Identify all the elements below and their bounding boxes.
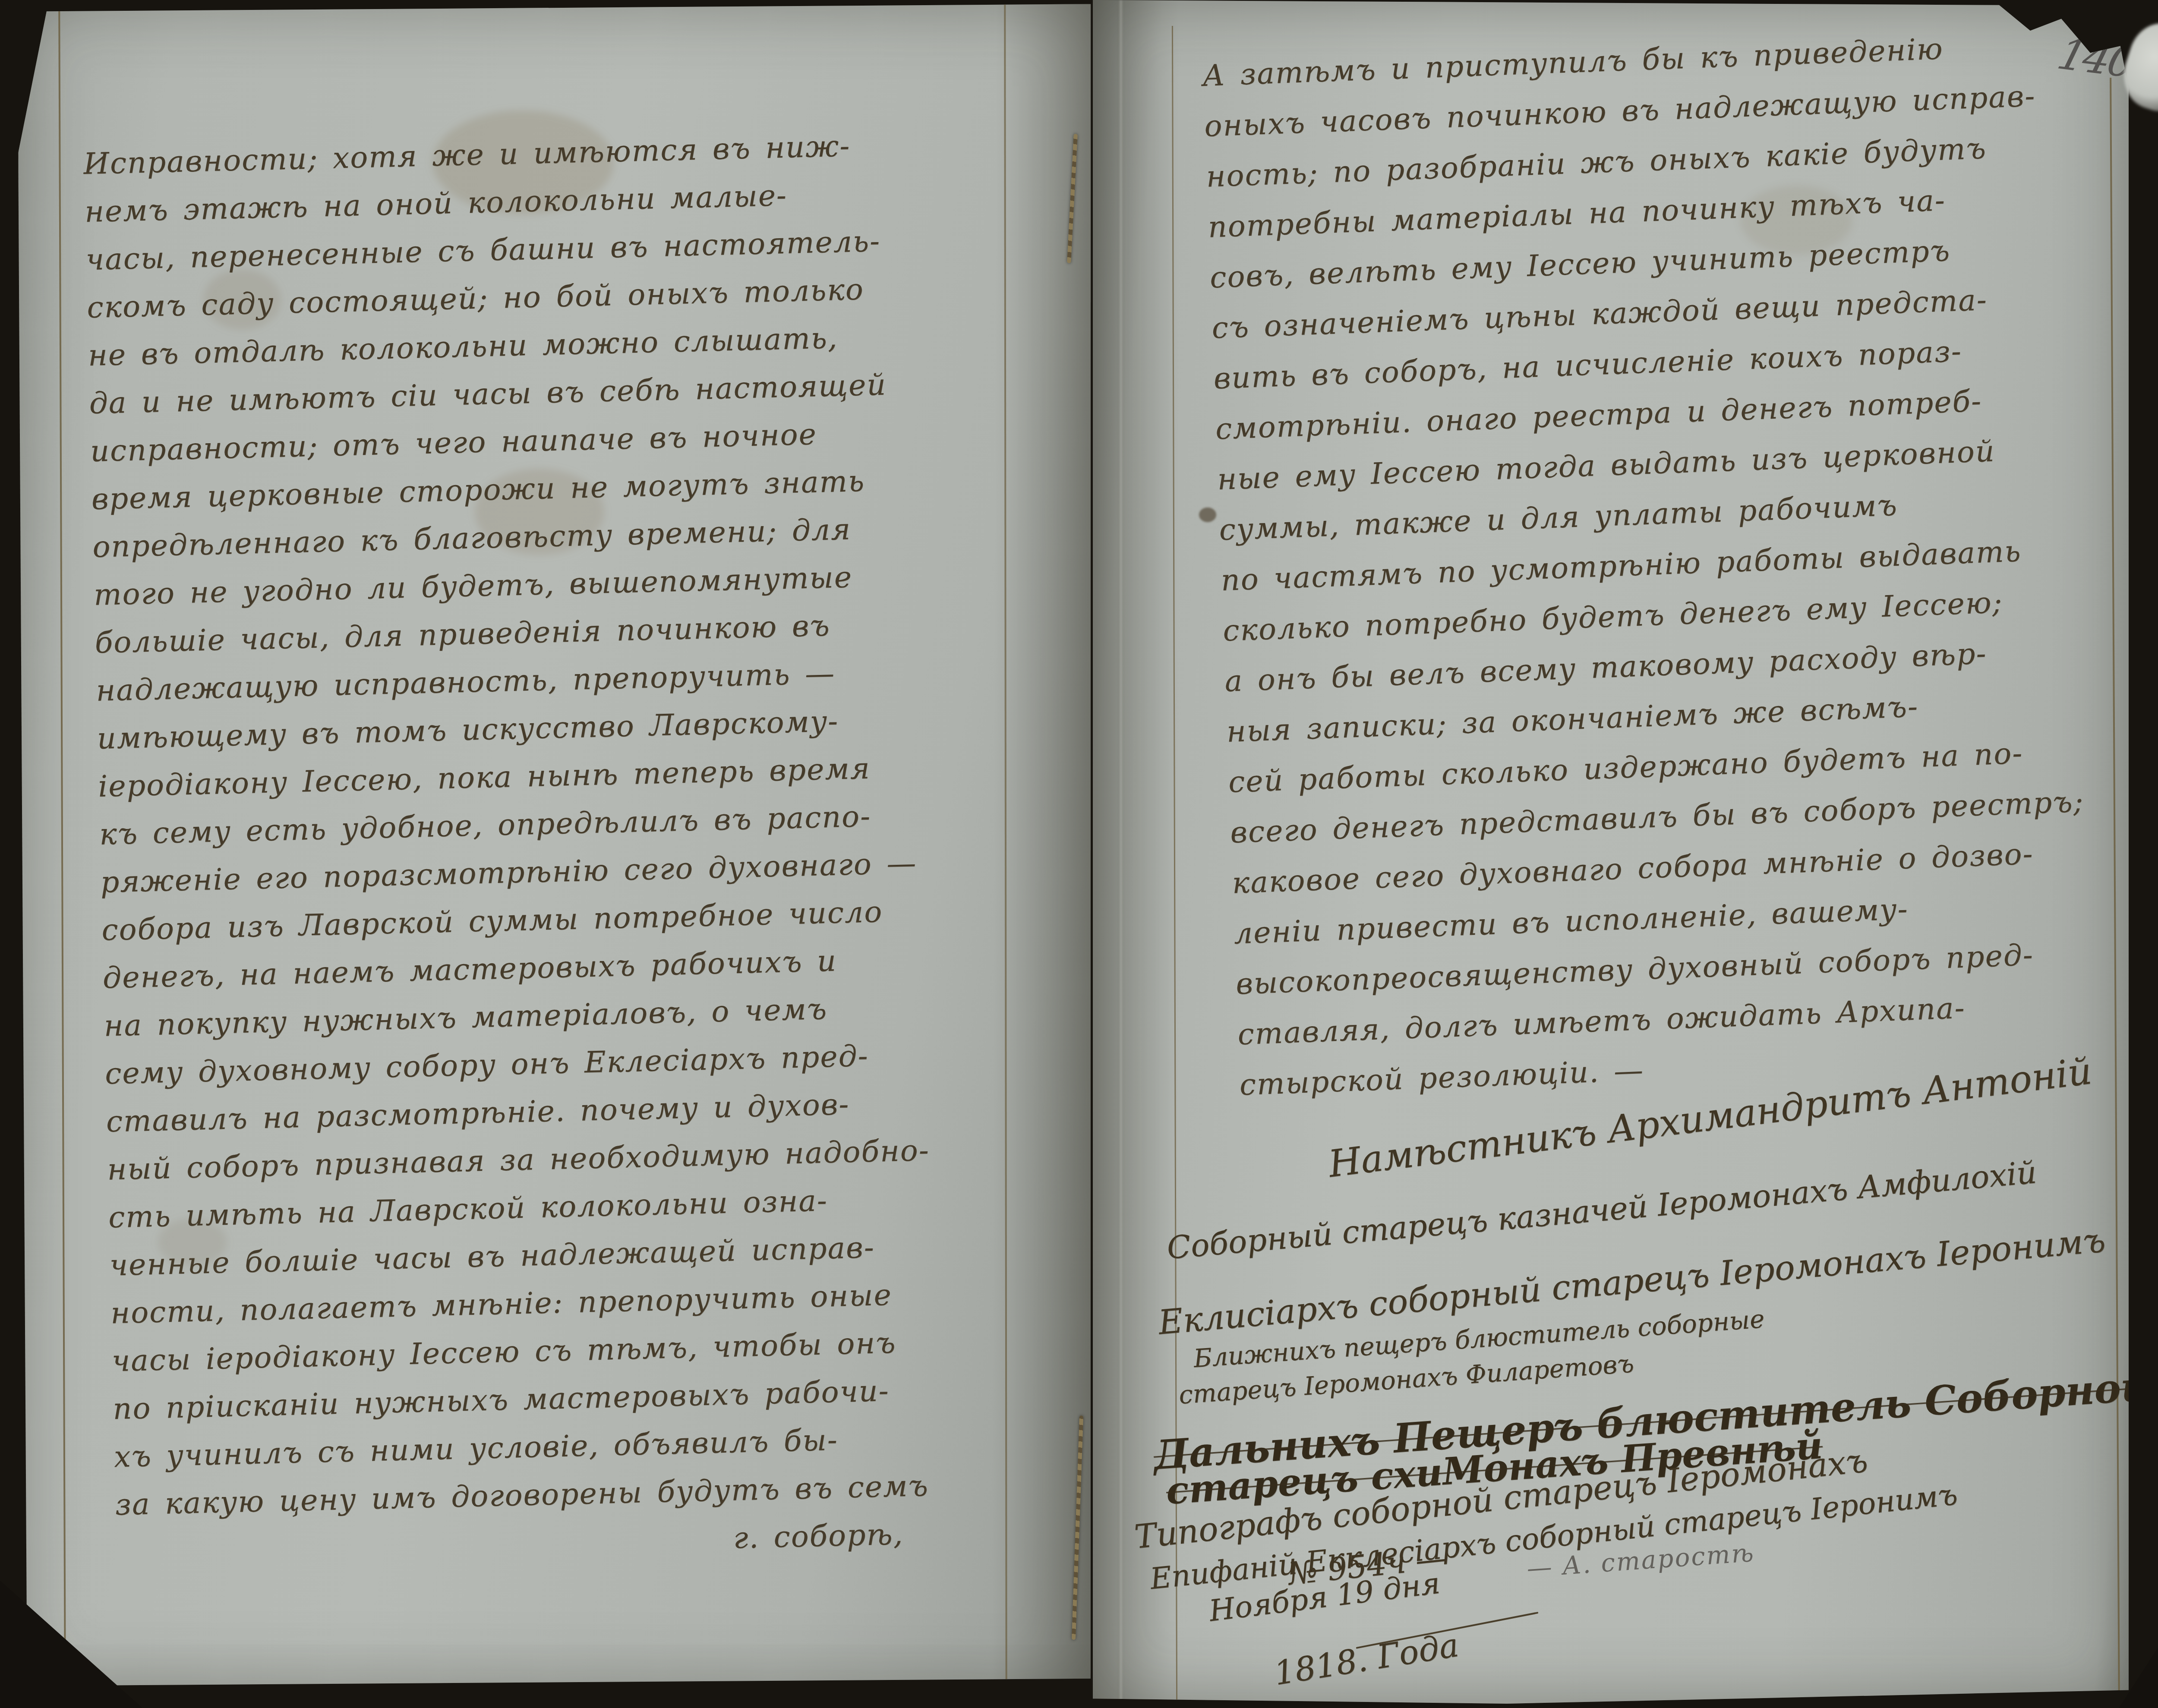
right-page-text: А затѣмъ и приступилъ бы къ приведеніюон…	[1202, 17, 2158, 1110]
left-page: Исправности; хотя же и имѣются въ ниж-не…	[14, 1, 1095, 1689]
paper-crease	[1119, 0, 1123, 1700]
left-margin-rule	[58, 11, 66, 1676]
right-page: 140 А затѣмъ и приступилъ бы къ приведен…	[1093, 0, 2129, 1704]
manuscript-photo: Исправности; хотя же и имѣются въ ниж-не…	[0, 0, 2158, 1708]
left-page-text: Исправности; хотя же и имѣются въ ниж-не…	[83, 118, 1053, 1577]
document-year: 1818. Года	[1271, 1626, 1461, 1692]
ink-spot	[1199, 507, 1216, 522]
